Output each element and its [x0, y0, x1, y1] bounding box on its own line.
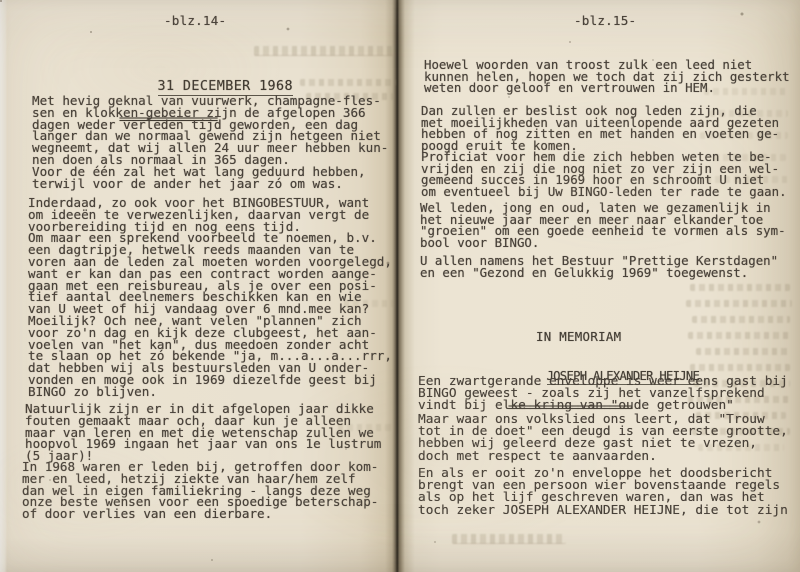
bleedthrough-mark	[690, 284, 790, 291]
paragraph-groeien: Wel leden, jong en oud, laten we gezamen…	[420, 202, 786, 248]
page-number-left: -blz.14-	[164, 13, 226, 28]
paragraph-proficiat: Dan zullen er beslist ook nog leden zijn…	[421, 105, 787, 197]
bleedthrough-mark	[690, 364, 790, 371]
bleedthrough-mark	[696, 348, 788, 355]
scanned-newsletter-spread: -blz.14- 31 DECEMBER 1968 ==============…	[0, 0, 800, 572]
bleedthrough-mark	[686, 300, 792, 307]
paragraph-beterschap: In 1968 waren er leden bij, getroffen do…	[22, 461, 378, 520]
paragraph-enveloppe: Een zwartgerande enveloppe is weer eens …	[418, 376, 788, 413]
bleedthrough-mark	[692, 316, 790, 323]
bleedthrough-mark	[300, 79, 396, 86]
paragraph-trouw: Maar waar ons volkslied ons leert, dat "…	[418, 414, 788, 463]
scanner-edge	[0, 0, 7, 572]
in-memoriam-heading: IN MEMORIAM	[536, 329, 621, 344]
paragraph-lustrum: Natuurlijk zijn er in dit afgelopen jaar…	[25, 403, 381, 462]
page-number-right: -blz.15-	[574, 13, 636, 28]
paragraph-kerstwens: U allen namens het Bestuur "Prettige Ker…	[420, 255, 778, 278]
scan-dust-specks	[0, 0, 2, 2]
bleedthrough-mark	[254, 46, 394, 56]
bleedthrough-mark	[688, 332, 792, 339]
bleedthrough-mark	[452, 534, 566, 544]
paragraph-newyear-intro: Met hevig geknal van vuurwerk, champagne…	[32, 95, 388, 189]
paragraph-doodsbericht: En als er ooit zo'n enveloppe het doodsb…	[418, 468, 788, 517]
paragraph-bestuur-plannen: Inderdaad, zo ook voor het BINGOBESTUUR,…	[28, 197, 392, 398]
paragraph-troost: Hoewel woorden van troost zulk een leed …	[424, 59, 790, 94]
